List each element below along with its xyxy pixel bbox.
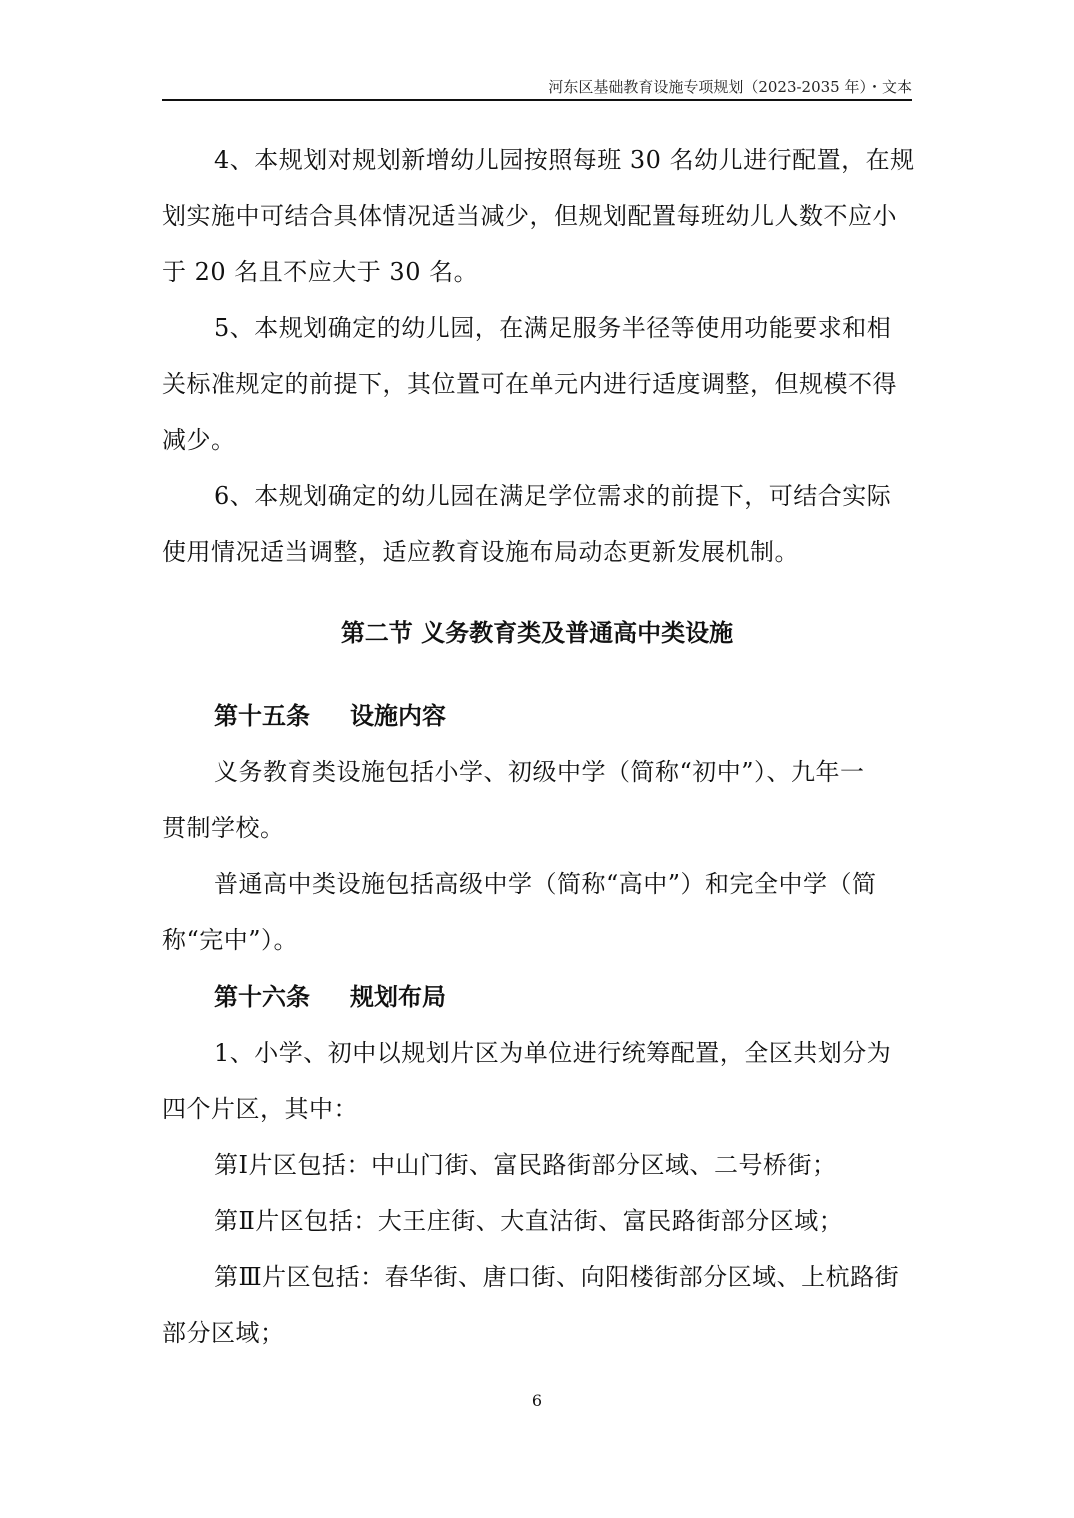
paragraph-5-line-2: 关标准规定的前提下，其位置可在单元内进行适度调整，但规模不得 bbox=[162, 368, 914, 400]
article-15-title: 设施内容 bbox=[350, 702, 446, 730]
district-3-line-2: 部分区域； bbox=[162, 1317, 914, 1349]
paragraph-5-line-3: 减少。 bbox=[162, 424, 914, 456]
article-15-paragraph-2-line-2: 称“完中”）。 bbox=[162, 924, 914, 956]
article-15-paragraph-1-line-1: 义务教育类设施包括小学、初级中学（简称“初中”）、九年一 bbox=[214, 756, 914, 788]
header-divider bbox=[162, 99, 912, 101]
paragraph-4-line-1: 4、本规划对规划新增幼儿园按照每班 30 名幼儿进行配置，在规 bbox=[214, 144, 914, 176]
paragraph-6-line-1: 6、本规划确定的幼儿园在满足学位需求的前提下，可结合实际 bbox=[214, 480, 914, 512]
article-16-paragraph-1-line-2: 四个片区，其中： bbox=[162, 1093, 914, 1125]
article-15-heading: 第十五条设施内容 bbox=[214, 700, 446, 732]
article-16-paragraph-1-line-1: 1、小学、初中以规划片区为单位进行统筹配置，全区共划分为 bbox=[214, 1037, 914, 1069]
paragraph-4-line-2: 划实施中可结合具体情况适当减少，但规划配置每班幼儿人数不应小 bbox=[162, 200, 914, 232]
article-16-title: 规划布局 bbox=[350, 983, 446, 1011]
article-16-heading: 第十六条规划布局 bbox=[214, 981, 446, 1013]
running-header: 河东区基础教育设施专项规划（2023-2035 年）・文本 bbox=[162, 76, 912, 98]
article-16-number: 第十六条 bbox=[214, 983, 310, 1011]
article-15-number: 第十五条 bbox=[214, 702, 310, 730]
article-15-paragraph-1-line-2: 贯制学校。 bbox=[162, 812, 914, 844]
paragraph-6-line-2: 使用情况适当调整，适应教育设施布局动态更新发展机制。 bbox=[162, 536, 914, 568]
district-3-line-1: 第Ⅲ片区包括：春华街、唐口街、向阳楼街部分区域、上杭路街 bbox=[214, 1261, 914, 1293]
paragraph-5-line-1: 5、本规划确定的幼儿园，在满足服务半径等使用功能要求和相 bbox=[214, 312, 914, 344]
paragraph-4-line-3: 于 20 名且不应大于 30 名。 bbox=[162, 256, 914, 288]
district-1-line: 第Ⅰ片区包括：中山门街、富民路街部分区域、二号桥街； bbox=[214, 1149, 914, 1181]
article-15-paragraph-2-line-1: 普通高中类设施包括高级中学（简称“高中”）和完全中学（简 bbox=[214, 868, 914, 900]
district-2-line: 第Ⅱ片区包括：大王庄街、大直沽街、富民路街部分区域； bbox=[214, 1205, 914, 1237]
page-number: 6 bbox=[500, 1391, 574, 1411]
section-title: 第二节 义务教育类及普通高中类设施 bbox=[162, 617, 912, 649]
